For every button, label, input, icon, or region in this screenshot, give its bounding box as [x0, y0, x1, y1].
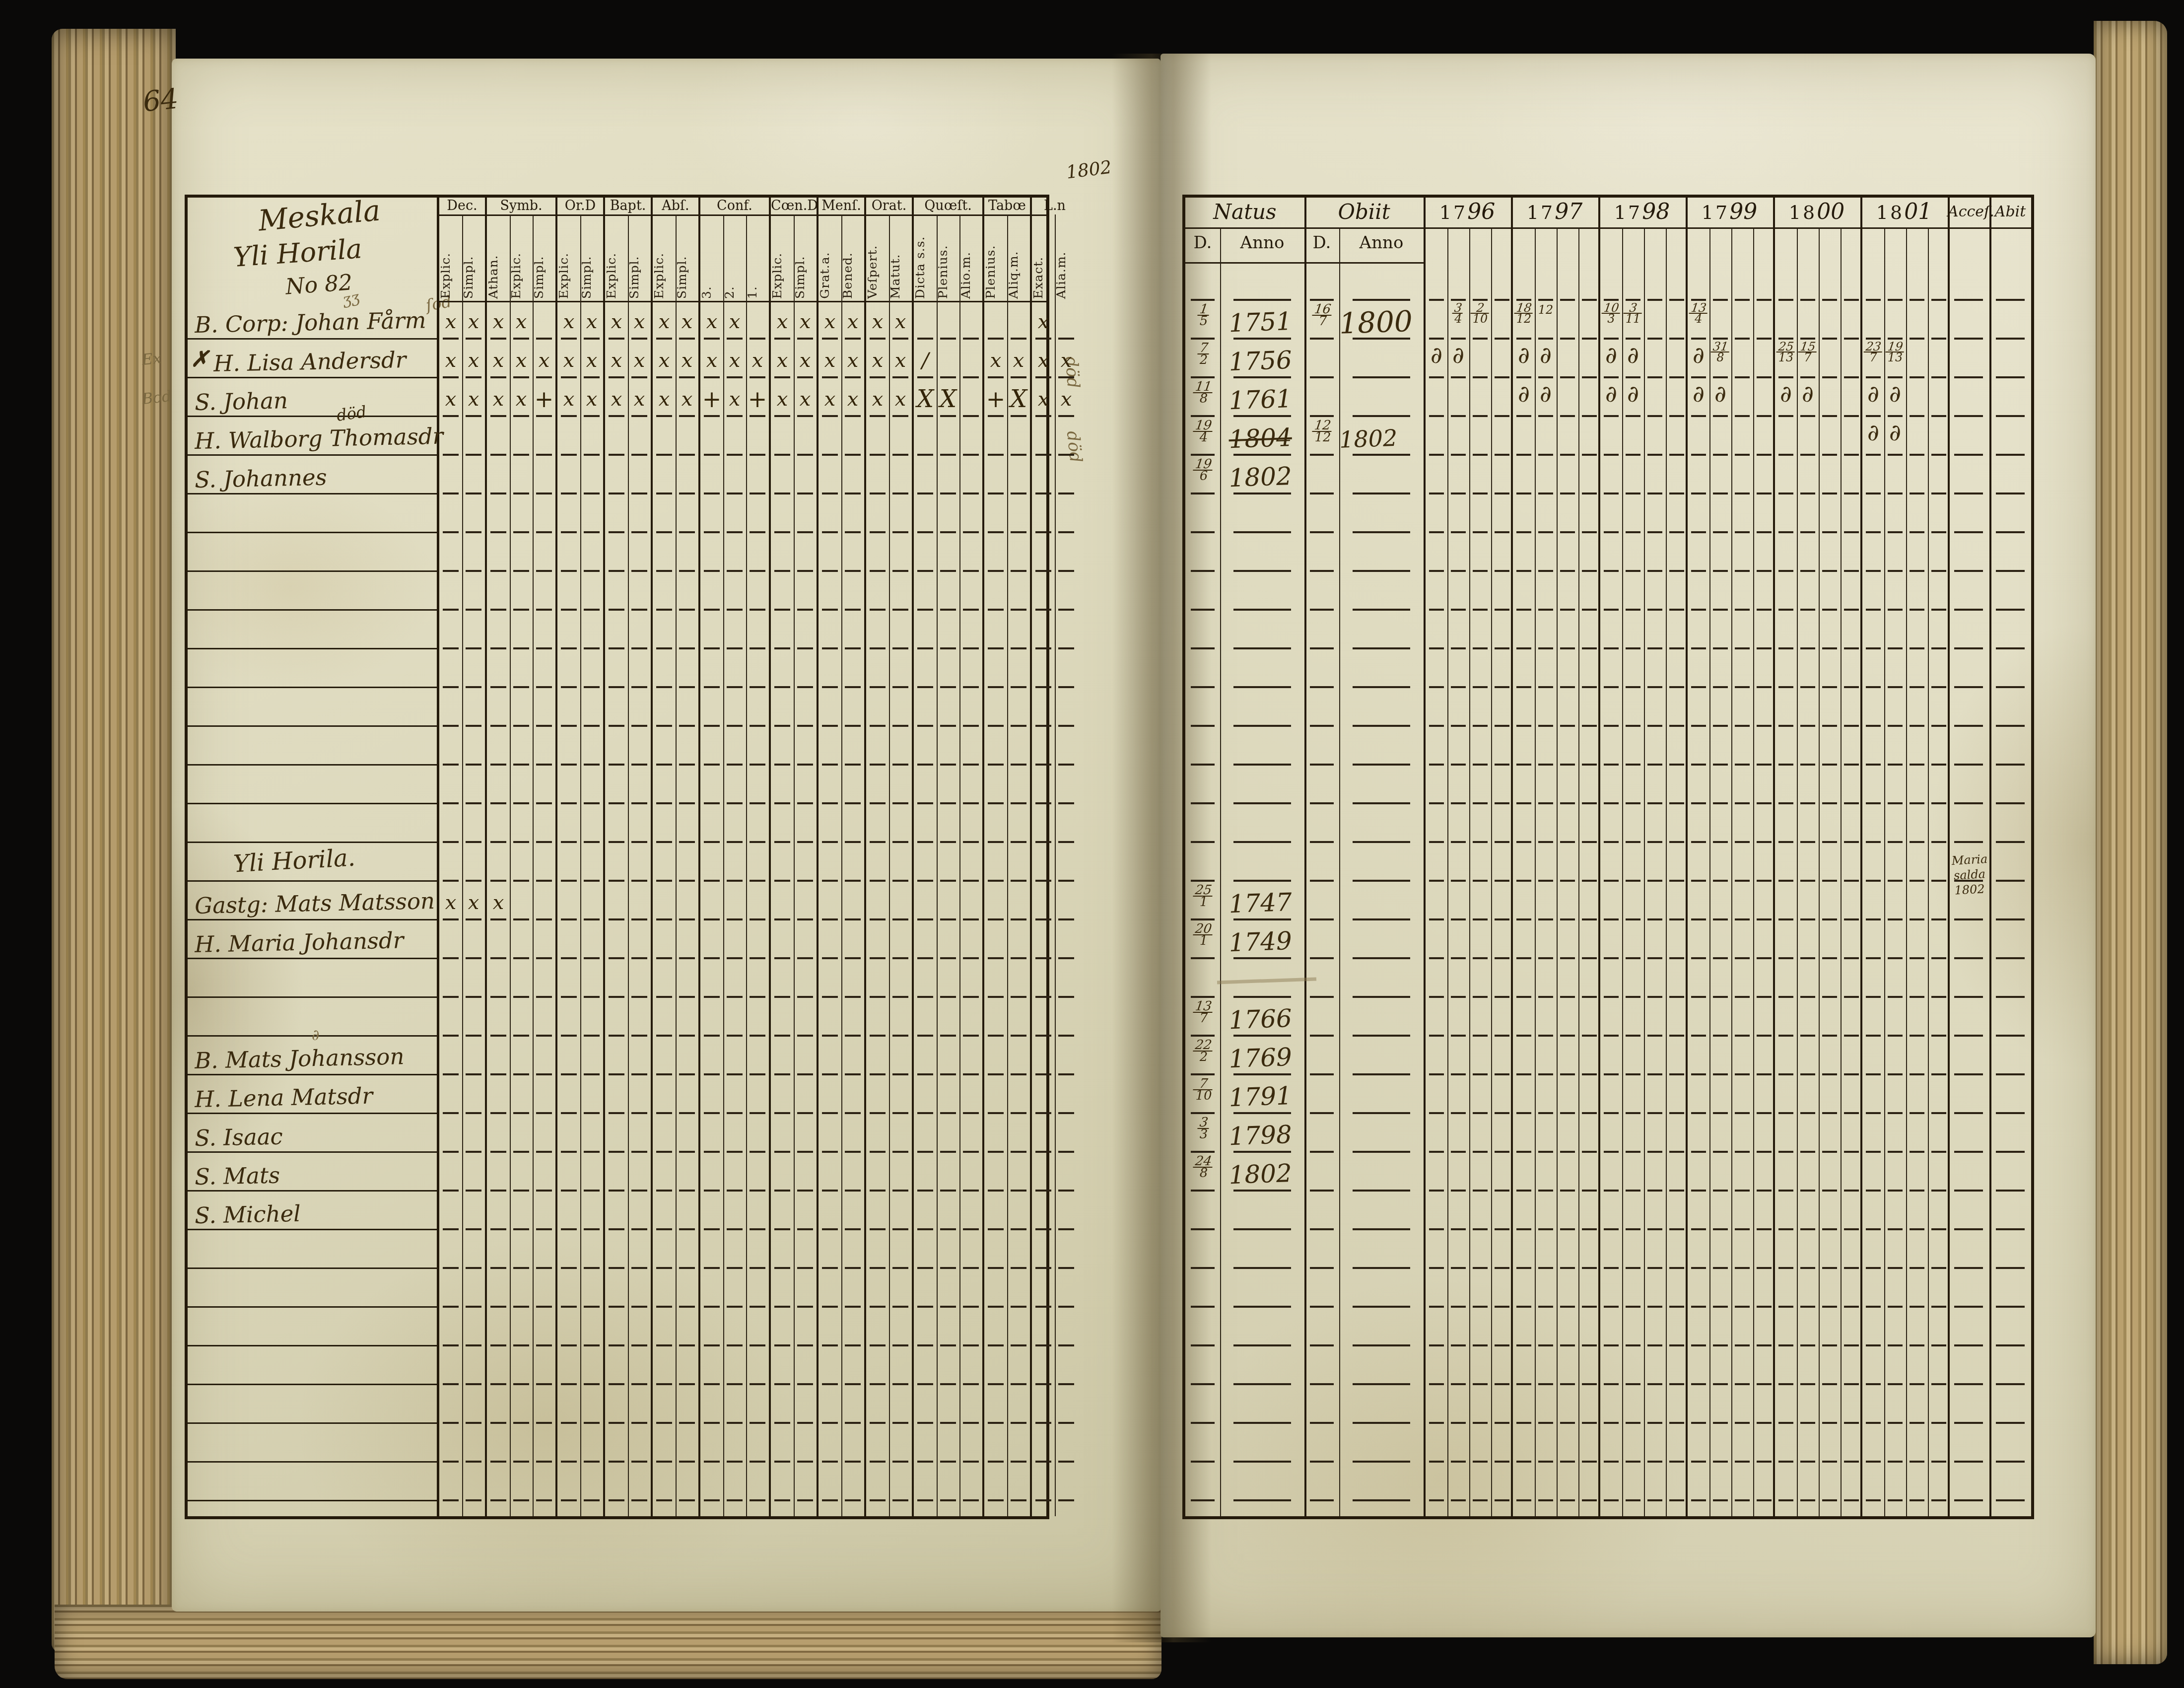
grid-subcolumn	[1491, 262, 1513, 1501]
mark-cell: +	[984, 378, 1007, 417]
communion-mark: ∂	[1535, 380, 1557, 407]
mark-cell: x	[771, 340, 794, 378]
mark-cell: x	[889, 340, 912, 378]
mark-cell: x	[889, 301, 912, 340]
subcolumn-label: Explic.	[771, 216, 794, 302]
grid-subcolumn	[700, 301, 723, 1501]
grid-subcolumn	[1906, 262, 1928, 1501]
mark-cell: x	[439, 882, 462, 920]
grid-subcolumn	[1731, 262, 1753, 1501]
grid-subcolumn	[1578, 262, 1600, 1501]
mark-cell: x	[1032, 301, 1055, 340]
left-record-table: Dec.Explic.Simpl.Symb.Athan.Explic.Simpl…	[185, 195, 1049, 1519]
mark-cell: x	[771, 301, 794, 340]
mark-cell: x	[605, 378, 628, 417]
natus-day: 248	[1186, 1156, 1221, 1179]
subcolumn-label: Dicta s.s.	[914, 216, 937, 302]
grid-subcolumn	[1644, 262, 1666, 1501]
mark-cell: x	[1055, 340, 1078, 378]
natus-year: 1769	[1218, 1035, 1303, 1077]
subcolumn-label: Explic.	[557, 216, 580, 302]
grid-subcolumn	[1989, 262, 2031, 1501]
subheader-label: Anno	[1339, 227, 1424, 260]
year-header: 1796	[1424, 198, 1511, 227]
mark-cell: x	[557, 340, 580, 378]
natus-day: 194	[1186, 420, 1221, 443]
natus-year: 1751	[1218, 299, 1303, 341]
natus-year: 1756	[1218, 338, 1303, 380]
grid-subcolumn	[676, 301, 698, 1501]
communion-mark: ∂	[1513, 380, 1535, 407]
subcolumn-label: 2.	[723, 216, 746, 302]
attendance-date: 210	[1467, 303, 1493, 325]
grid-subcolumn	[771, 301, 794, 1501]
mark-cell: x	[1007, 340, 1030, 378]
year-header: 1797	[1511, 198, 1598, 227]
communion-mark: ∂	[1797, 380, 1819, 407]
communion-mark: ∂	[1535, 342, 1557, 368]
subcolumn-label: Alia.m.	[1055, 216, 1078, 302]
mark-cell: x	[794, 340, 817, 378]
grid-subcolumn	[1709, 262, 1731, 1501]
communion-mark: ∂	[1426, 342, 1447, 368]
natus-day: 201	[1186, 923, 1221, 947]
communion-mark: ∂	[1622, 342, 1644, 368]
grid-subcolumn	[723, 301, 746, 1501]
mark-cell: x	[676, 340, 698, 378]
person-name: S. Isaac	[194, 1112, 436, 1155]
communion-mark: ∂	[1688, 342, 1709, 368]
grid-subcolumn	[1884, 262, 1906, 1501]
subheader-label: D.	[1304, 227, 1339, 260]
margin-note: Ex	[141, 350, 162, 369]
natus-header: Natus	[1185, 198, 1304, 227]
person-name: H. Lena Matsdr	[194, 1073, 436, 1117]
mark-cell: x	[676, 301, 698, 340]
mark-cell: x	[580, 378, 603, 417]
grid-subcolumn	[1841, 262, 1862, 1501]
year-header: 1799	[1686, 198, 1773, 227]
column-group-label: Abſ.	[653, 198, 698, 214]
grid-subcolumn	[914, 301, 937, 1501]
page-edge-stack-right	[2094, 21, 2167, 1664]
grid-subcolumn	[1007, 301, 1030, 1501]
subcolumn-label: Plenius.	[984, 216, 1007, 302]
communion-mark: ∂	[1775, 380, 1797, 407]
subcolumn-label: Grat.a.	[819, 216, 841, 302]
person-name: S. Michel	[194, 1189, 436, 1233]
grid-subcolumn	[1535, 262, 1557, 1501]
subcolumn-label: Simpl.	[628, 216, 651, 302]
grid-subcolumn	[1819, 262, 1841, 1501]
grid-subcolumn	[510, 301, 533, 1501]
subcolumn-label: Simpl.	[580, 216, 603, 302]
mark-cell: x	[771, 378, 794, 417]
mark-cell: x	[487, 301, 510, 340]
grid-subcolumn	[605, 301, 628, 1501]
acces-note-line: Maria	[1949, 852, 1989, 868]
acces-header: Acceſ.	[1948, 198, 1989, 227]
communion-mark: ∂	[1513, 342, 1535, 368]
mark-cell: X	[914, 378, 937, 417]
natus-year: 1798	[1218, 1113, 1303, 1154]
page-edge-stack-bottom	[55, 1605, 1161, 1679]
mark-cell: x	[866, 378, 889, 417]
subcolumn-label: 3.	[700, 216, 723, 302]
communion-mark: ∂	[1862, 380, 1884, 407]
column-group-label: Quœſt.	[914, 198, 982, 214]
grid-subcolumn	[1447, 262, 1469, 1501]
mark-cell: x	[628, 378, 651, 417]
subcolumn-label: Simpl.	[533, 216, 555, 302]
grid-subcolumn	[841, 301, 864, 1501]
mark-cell: +	[746, 378, 769, 417]
grid-subcolumn	[959, 301, 982, 1501]
right-record-table: NatusObiit179617971798179918001801Acceſ.…	[1182, 195, 2034, 1519]
grid-subcolumn	[1185, 262, 1220, 1501]
mark-cell: x	[605, 340, 628, 378]
grid-subcolumn	[1753, 262, 1775, 1501]
book-scan: 64 Meskala Yli Horila No 82 1802 ſod ʒʒ …	[0, 0, 2184, 1688]
mark-cell: x	[439, 340, 462, 378]
attendance-date: 157	[1795, 342, 1821, 363]
subcolumn-label: Aliq.m.	[1007, 216, 1030, 302]
mark-cell: +	[533, 378, 555, 417]
mark-cell: X	[1007, 378, 1030, 417]
natus-year: 1761	[1218, 377, 1303, 419]
mark-cell: x	[653, 301, 676, 340]
column-group-label: Or.D	[557, 198, 603, 214]
person-name: H. Maria Johansdr	[194, 918, 436, 962]
column-group-label: Orat.	[866, 198, 912, 214]
person-name: H. Lisa Andersdr	[213, 337, 455, 381]
communion-mark: ∂	[1622, 380, 1644, 407]
person-name: S. Johannes	[194, 453, 436, 497]
year-header: 1798	[1598, 198, 1686, 227]
grid-subcolumn	[533, 301, 555, 1501]
communion-mark: ∂	[1709, 380, 1731, 407]
attendance-date: 12	[1533, 303, 1559, 317]
grid-subcolumn	[746, 301, 769, 1501]
subcolumn-label: Simpl.	[462, 216, 485, 302]
mark-cell: x	[819, 301, 841, 340]
grid-subcolumn	[1797, 262, 1819, 1501]
natus-day: 118	[1186, 381, 1221, 405]
subcolumn-label: Athan.	[487, 216, 510, 302]
year-header: 1801	[1860, 198, 1948, 227]
grid-subcolumn	[794, 301, 817, 1501]
mark-cell: x	[819, 378, 841, 417]
subcolumn-label: Plenius.	[937, 216, 959, 302]
mark-cell: x	[819, 340, 841, 378]
abit-header: Abit	[1989, 198, 2031, 227]
natus-year: 1791	[1218, 1074, 1303, 1116]
mark-cell: x	[580, 340, 603, 378]
mark-cell: x	[700, 340, 723, 378]
communion-mark: ∂	[1862, 419, 1884, 446]
obiit-year: 1802	[1339, 415, 1449, 458]
mark-cell: x	[1032, 378, 1055, 417]
subcolumn-label: Alio.m.	[959, 216, 982, 302]
mark-cell: x	[580, 301, 603, 340]
mark-cell: x	[841, 340, 864, 378]
subcolumn-label: 1.	[746, 216, 769, 302]
grid-subcolumn	[1666, 262, 1688, 1501]
natus-year: 1747	[1218, 880, 1303, 922]
mark-cell: x	[628, 340, 651, 378]
subheader-label: D.	[1185, 227, 1220, 260]
mark-cell: x	[746, 340, 769, 378]
subcolumn-label: Explic.	[653, 216, 676, 302]
acces-note-line: salda	[1949, 867, 1989, 883]
person-name: H. Walborg Thomasdr	[194, 415, 436, 458]
header-underline	[437, 214, 1046, 216]
mark-cell: x	[889, 378, 912, 417]
person-name: S. Mats	[194, 1150, 436, 1194]
page-number: 64	[141, 82, 180, 118]
grid-subcolumn	[937, 301, 959, 1501]
attendance-date: 1913	[1882, 342, 1908, 363]
obiit-day: 1212	[1305, 420, 1340, 443]
subcolumn-label: Explic.	[605, 216, 628, 302]
mark-cell: x	[653, 340, 676, 378]
person-name: Gastg: Mats Matsson	[194, 879, 436, 923]
grid-subcolumn	[1055, 301, 1078, 1501]
subcolumn-label: Explic.	[510, 216, 533, 302]
subcolumn-label: Veſpert.	[866, 216, 889, 302]
mark-cell: x	[1055, 378, 1078, 417]
column-group-label: L.n	[1032, 198, 1078, 214]
subcolumn-label: Explic.	[439, 216, 462, 302]
person-name: B. Corp: Johan Fårm	[194, 298, 436, 342]
mark-cell: x	[628, 301, 651, 340]
communion-mark: ∂	[1884, 380, 1906, 407]
grid-subcolumn	[1775, 262, 1797, 1501]
mark-cell: x	[462, 301, 485, 340]
grid-subcolumn	[1513, 262, 1535, 1501]
natus-day: 137	[1186, 1001, 1221, 1024]
grid-subcolumn	[1928, 262, 1950, 1501]
mark-cell: x	[439, 301, 462, 340]
natus-day: 251	[1186, 885, 1221, 908]
grid-subcolumn	[557, 301, 580, 1501]
mark-cell: x	[841, 378, 864, 417]
mark-cell: x	[723, 301, 746, 340]
grid-subcolumn	[889, 301, 912, 1501]
column-group-label: Dec.	[439, 198, 485, 214]
grid-subcolumn	[984, 301, 1007, 1501]
mark-cell: X	[937, 378, 959, 417]
mark-cell: x	[439, 378, 462, 417]
mark-cell: x	[510, 340, 533, 378]
subcolumn-label: Simpl.	[676, 216, 698, 302]
communion-mark: ∂	[1447, 342, 1469, 368]
attendance-date: 134	[1686, 303, 1711, 325]
mark-cell: x	[557, 301, 580, 340]
mark-cell: x	[723, 378, 746, 417]
grid-subcolumn	[580, 301, 603, 1501]
mark-cell: x	[510, 378, 533, 417]
mark-cell: x	[676, 378, 698, 417]
mark-cell: x	[510, 301, 533, 340]
mark-cell: x	[1032, 340, 1055, 378]
mark-cell: x	[462, 882, 485, 920]
mark-cell: +	[700, 378, 723, 417]
column-group-label: Cœn.D	[771, 198, 817, 214]
grid-subcolumn	[866, 301, 889, 1501]
grid-subcolumn	[1622, 262, 1644, 1501]
acces-note-line: 1802	[1949, 882, 1989, 898]
natus-day: 196	[1186, 459, 1221, 482]
year-header: 1800	[1773, 198, 1860, 227]
mark-cell: x	[866, 340, 889, 378]
communion-mark: ∂	[1600, 380, 1622, 407]
column-group-label: Menſ.	[819, 198, 864, 214]
mark-cell: x	[487, 378, 510, 417]
grid-subcolumn	[1304, 262, 1339, 1501]
mark-cell: x	[841, 301, 864, 340]
mark-cell: x	[605, 301, 628, 340]
mark-cell: x	[487, 340, 510, 378]
name-superscript: ∂	[312, 1027, 320, 1044]
column-group-label: Conf.	[700, 198, 769, 214]
natus-year: 1802	[1218, 454, 1303, 496]
subheader-label: Anno	[1220, 227, 1304, 260]
obiit-day: 167	[1305, 304, 1340, 327]
mark-cell: x	[487, 882, 510, 920]
mark-cell: x	[794, 301, 817, 340]
grid-subcolumn	[819, 301, 841, 1501]
attendance-date: 311	[1620, 303, 1646, 325]
grid-subcolumn	[1469, 262, 1491, 1501]
margin-note: Bod	[141, 388, 172, 408]
grid-subcolumn	[1032, 301, 1055, 1501]
mark-cell: x	[557, 378, 580, 417]
natus-day: 222	[1186, 1040, 1221, 1063]
obiit-header: Obiit	[1304, 198, 1424, 227]
grid-subcolumn	[1600, 262, 1622, 1501]
natus-year: 1802	[1218, 1151, 1303, 1193]
subcolumn-label: Exact.	[1032, 216, 1055, 302]
subcolumn-label: Simpl.	[794, 216, 817, 302]
mark-cell: x	[700, 301, 723, 340]
grid-subcolumn	[1688, 262, 1709, 1501]
attendance-date: 318	[1707, 342, 1733, 363]
name-lead-mark: ✗	[191, 347, 209, 372]
column-group-label: Symb.	[487, 198, 555, 214]
communion-mark: ∂	[1600, 342, 1622, 368]
grid-subcolumn	[1557, 262, 1578, 1501]
obiit-year: 1800	[1339, 299, 1449, 342]
grid-subcolumn	[1862, 262, 1884, 1501]
mark-cell: x	[533, 340, 555, 378]
communion-mark: ∂	[1688, 380, 1709, 407]
grid-subcolumn	[628, 301, 651, 1501]
column-group-label: Tabœ	[984, 198, 1030, 214]
mark-cell: x	[723, 340, 746, 378]
subcolumn-label: Matut.	[889, 216, 912, 302]
natus-day: 15	[1186, 304, 1221, 327]
subcolumn-label: Bened.	[841, 216, 864, 302]
mark-cell: x	[653, 378, 676, 417]
mark-cell: ∕	[914, 340, 937, 378]
natus-year: 1804	[1218, 416, 1303, 457]
natus-day: 33	[1186, 1117, 1221, 1140]
header-underline	[1185, 227, 2031, 229]
mark-cell: x	[866, 301, 889, 340]
natus-day: 710	[1186, 1078, 1221, 1102]
mark-cell: x	[462, 340, 485, 378]
mark-cell: x	[984, 340, 1007, 378]
natus-day: 72	[1186, 343, 1221, 366]
column-group-label: Bapt.	[605, 198, 651, 214]
natus-year: 1766	[1218, 996, 1303, 1038]
grid-subcolumn	[653, 301, 676, 1501]
page-edge-stack-left	[52, 29, 176, 1652]
mark-cell: x	[462, 378, 485, 417]
communion-mark: ∂	[1884, 419, 1906, 446]
person-name: S. Johan	[194, 376, 436, 420]
mark-cell: x	[794, 378, 817, 417]
natus-year: 1749	[1218, 919, 1303, 961]
